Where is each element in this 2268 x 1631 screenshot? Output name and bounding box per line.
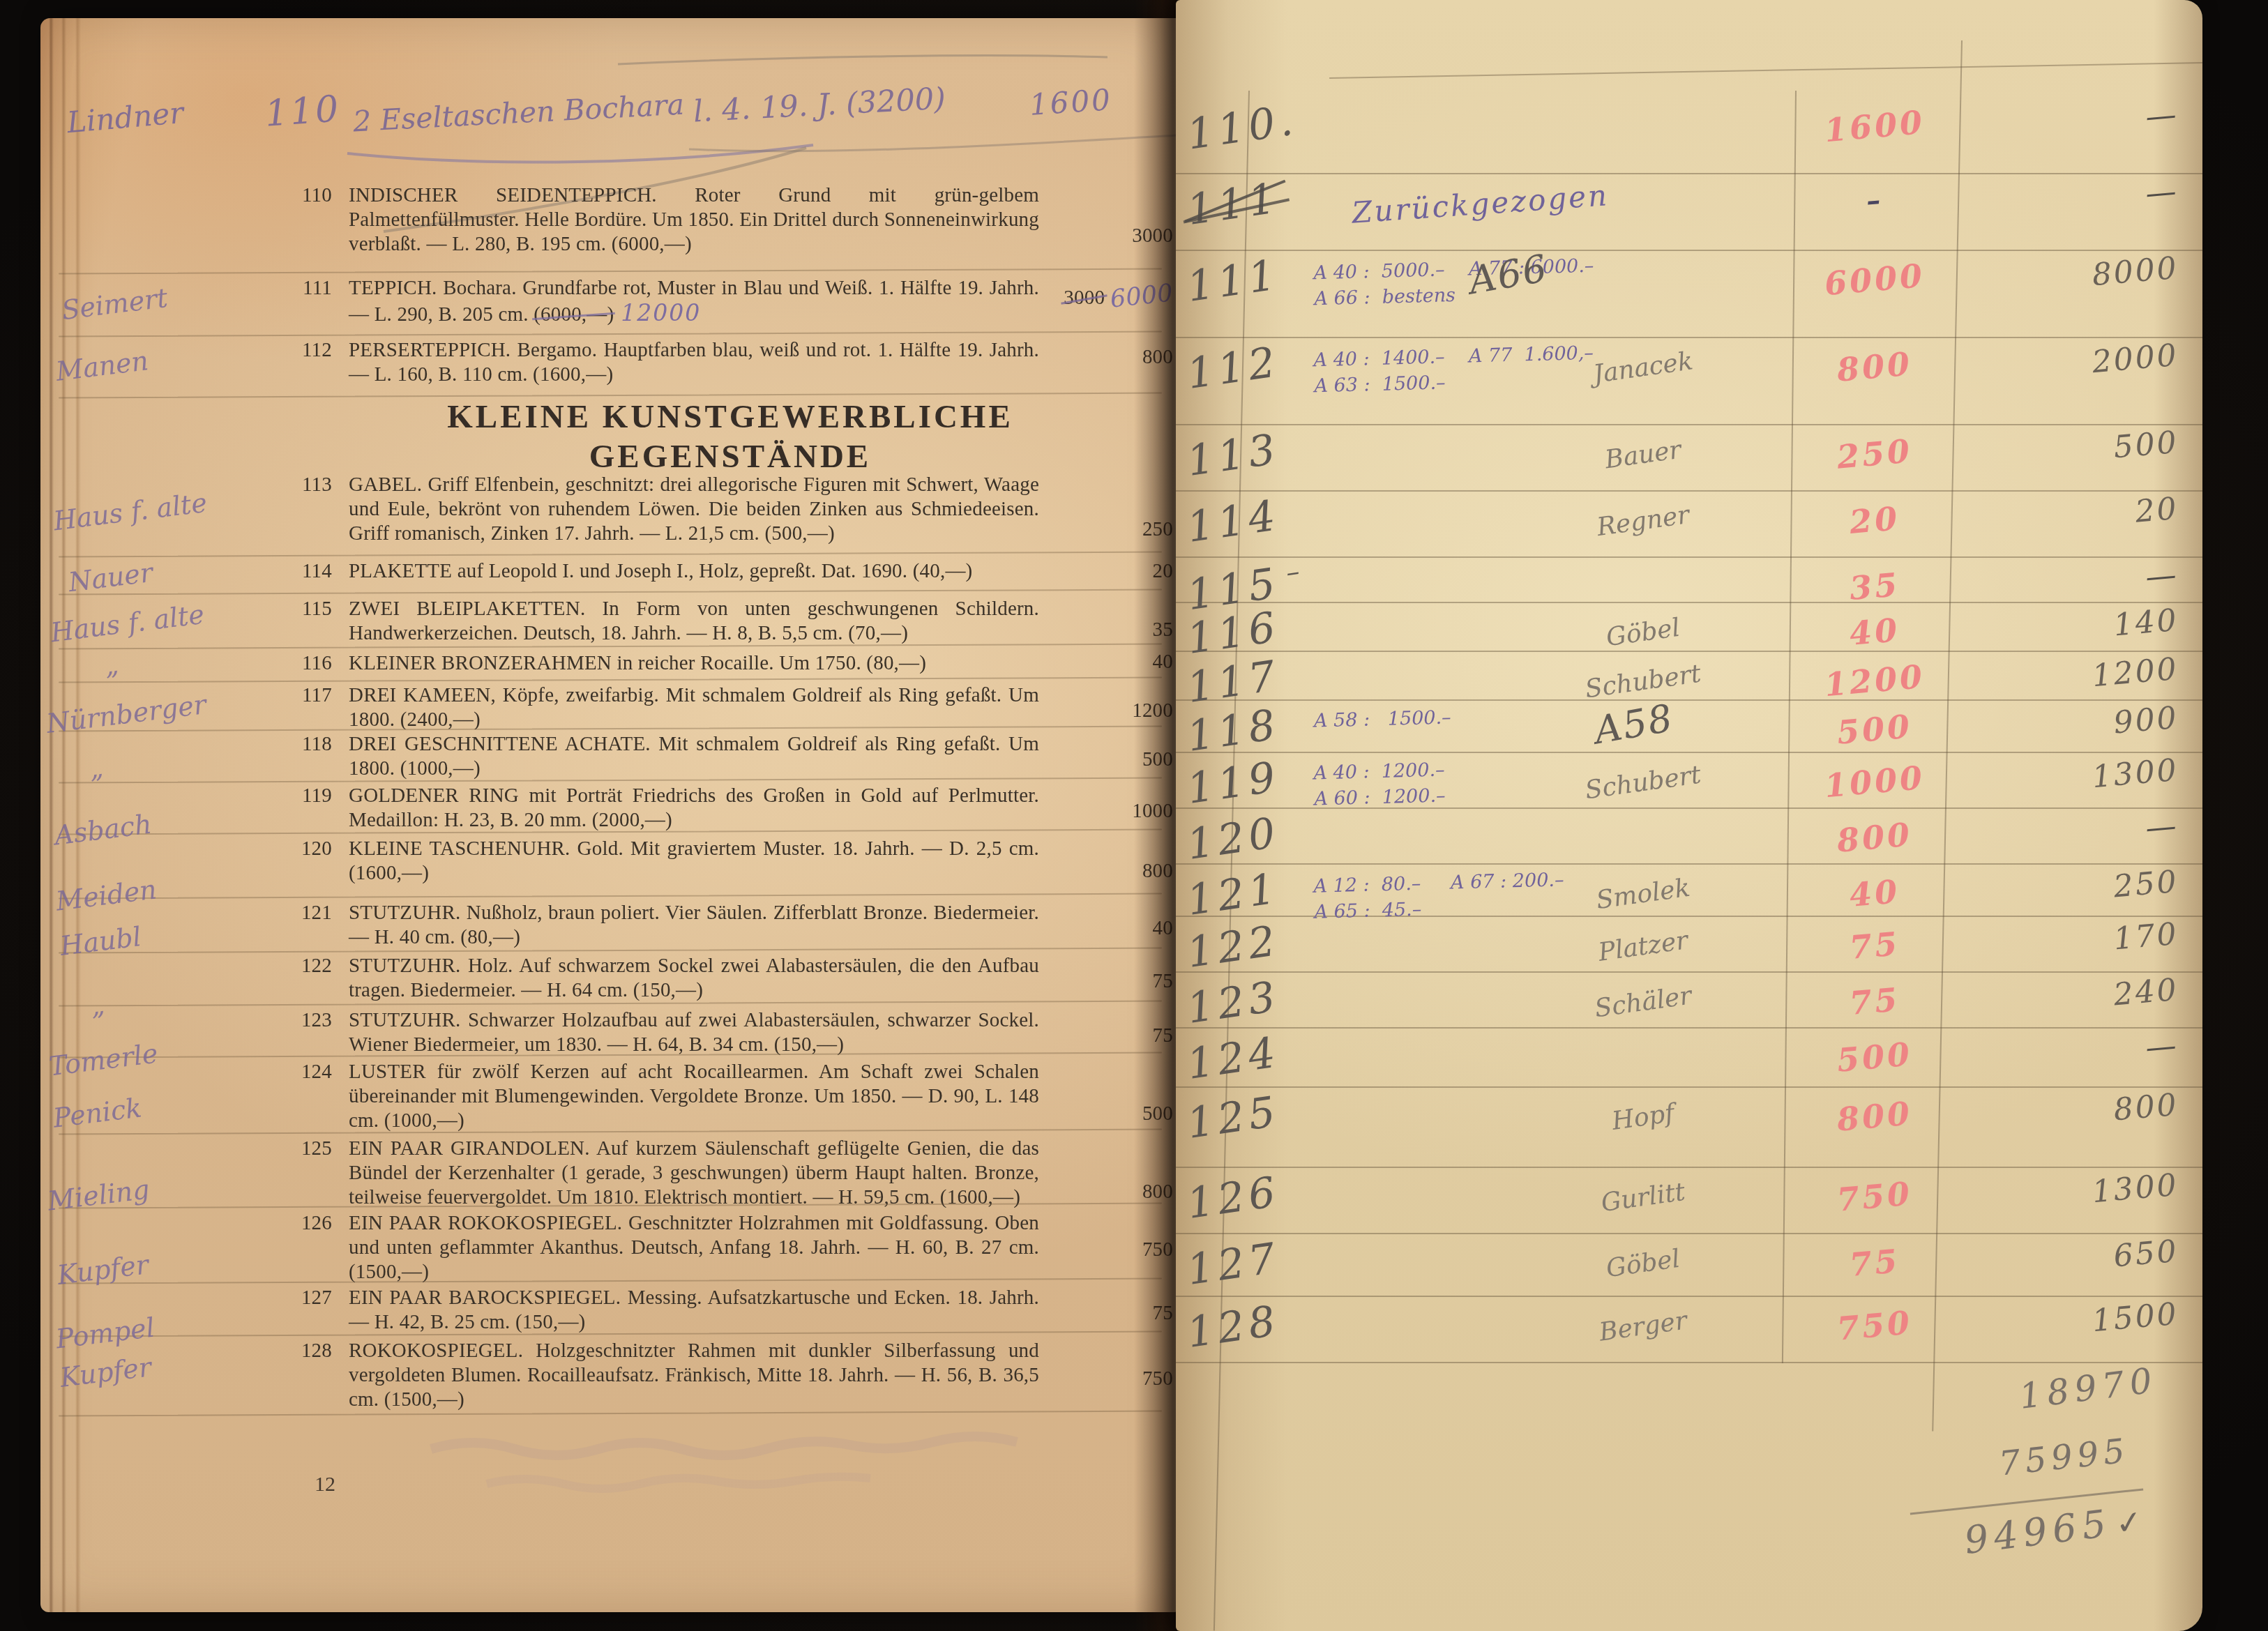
right-ledger-page: 110.1600—111Zurückgezogen–—111A 40 : 500… <box>1176 0 2202 1631</box>
ledger-final-amount: — <box>1961 1028 2179 1082</box>
catalog-entry-115: 115ZWEI BLEIPLAKETTEN. In Form von unten… <box>40 594 1179 647</box>
estimate-price: 500 <box>1142 748 1173 771</box>
estimate-price-box: 250 <box>1041 517 1173 542</box>
estimate-price-box: 40 <box>1041 916 1173 941</box>
entry-description: DREI KAMEEN, Köpfe, zweifarbig. Mit schm… <box>349 684 1039 729</box>
ledger-row-115: 115 –35— <box>1176 558 2202 603</box>
ledger-hammer-price-red: 40 <box>1797 607 1953 658</box>
lot-number-print: 126 <box>273 1211 332 1236</box>
ledger-buyer-name: Gurlitt <box>1524 1167 1762 1229</box>
ledger-hammer-price-red: 1000 <box>1797 757 1953 807</box>
top-annotation-date: l. 4. 19. J. (3200) <box>693 82 946 130</box>
estimate-price: 20 <box>1153 560 1173 582</box>
estimate-price-box: 800 <box>1041 1180 1173 1204</box>
ledger-final-amount: 8000 <box>1961 250 2179 305</box>
estimate-price-box: 75 <box>1041 969 1173 994</box>
lot-number-print: 119 <box>273 784 332 808</box>
ledger-final-amount: 500 <box>1961 425 2179 479</box>
ledger-hammer-price-red: 500 <box>1797 704 1953 755</box>
total-grand-sum-value: 94965 <box>1962 1501 2114 1563</box>
ledger-final-amount: 1300 <box>1961 1167 2179 1222</box>
catalog-entry-114: 114PLAKETTE auf Leopold I. und Joseph I.… <box>40 556 1179 591</box>
catalog-entry-113: 113GABEL. Griff Elfenbein, geschnitzt: d… <box>40 470 1179 554</box>
entry-description: STUTZUHR. Holz. Auf schwarzem Sockel zwe… <box>349 955 1039 1001</box>
ledger-buyer-name: Berger <box>1524 1296 1762 1358</box>
ledger-final-amount: — <box>1961 808 2179 863</box>
ledger-top-rule <box>1329 62 2202 79</box>
entry-description: GOLDENER RING mit Porträt Friedrichs des… <box>349 784 1039 831</box>
ledger-row-128: 128Berger7501500 <box>1176 1297 2202 1363</box>
page-number: 12 <box>315 1473 335 1496</box>
entry-description: TEPPICH. Bochara. Grundfarbe rot, Muster… <box>349 277 1039 326</box>
ledger-lot-number: 121 <box>1184 864 1283 925</box>
entry-description: STUTZUHR. Nußholz, braun poliert. Vier S… <box>349 902 1039 948</box>
estimate-price: 3000 <box>1064 286 1105 310</box>
catalog-entry-124: 124LUSTER für zwölf Kerzen auf acht Roca… <box>40 1057 1179 1134</box>
lot-number-print: 115 <box>273 597 332 621</box>
estimate-price-box: 40 <box>1041 650 1173 674</box>
ledger-hammer-price-red: 75 <box>1797 920 1953 971</box>
lot-number-print: 120 <box>273 837 332 861</box>
catalog-entry-111: 111TEPPICH. Bochara. Grundfarbe rot, Mus… <box>40 273 1179 335</box>
ledger-final-amount: 800 <box>1961 1087 2179 1141</box>
catalog-entry-118: 118DREI GESCHNITTENE ACHATE. Mit schmale… <box>40 729 1179 780</box>
ledger-lot-number: 119 <box>1184 752 1283 814</box>
ledger-row-120: 120800— <box>1176 809 2202 865</box>
ledger-row-125: 125Hopf800800 <box>1176 1088 2202 1168</box>
estimate-price-box: 1000 <box>1041 799 1173 824</box>
ledger-lot-number: 112 <box>1184 337 1283 399</box>
ledger-final-amount: — <box>1961 174 2179 228</box>
catalog-entry-123: 123STUTZUHR. Schwarzer Holzaufbau auf zw… <box>40 1006 1179 1057</box>
ledger-row-110.: 110.1600— <box>1176 98 2202 174</box>
estimate-price-box: 500 <box>1041 1102 1173 1126</box>
estimate-price-box: 75 <box>1041 1024 1173 1048</box>
ledger-hammer-price-red: – <box>1797 178 1952 224</box>
top-annotation-price: 1600 <box>1028 82 1113 122</box>
ledger-hammer-price-red: 40 <box>1797 868 1953 919</box>
ledger-final-amount: — <box>1961 97 2179 151</box>
catalog-entry-126: 126EIN PAAR ROKOKOSPIEGEL. Geschnitzter … <box>40 1208 1179 1283</box>
estimate-price-box: 800 <box>1041 859 1173 883</box>
lot-number-print: 112 <box>273 338 332 363</box>
ledger-buyer-name: Regner <box>1524 491 1762 552</box>
lot-number-print: 118 <box>273 732 332 757</box>
entry-description: ROKOKOSPIEGEL. Holzgeschnitzter Rahmen m… <box>349 1340 1039 1411</box>
estimate-price: 75 <box>1153 1302 1173 1324</box>
estimate-price-box: 3000 <box>1041 224 1173 248</box>
ledger-buyer-name: Schäler <box>1524 972 1762 1033</box>
ledger-lot-number: 118 <box>1184 700 1283 761</box>
estimate-price: 75 <box>1153 1024 1173 1047</box>
ledger-hammer-price-red: 800 <box>1797 1091 1953 1142</box>
ledger-final-amount: 240 <box>1961 972 2179 1026</box>
ledger-row-127: 127Göbel75650 <box>1176 1234 2202 1297</box>
ledger-row-111: 111A 40 : 5000.– A 77 : 6000.– A 66 : be… <box>1176 251 2202 338</box>
handwritten-price: 6000 <box>1110 281 1174 312</box>
estimate-price: 3000 <box>1132 225 1173 247</box>
ledger-bidder-code: A58 <box>1591 696 1677 753</box>
lot-number-print: 110 <box>273 183 332 208</box>
ledger-hammer-price-red: 75 <box>1797 976 1953 1027</box>
ledger-final-amount: 1500 <box>1961 1296 2179 1351</box>
ledger-hammer-price-red: 20 <box>1797 495 1953 546</box>
ledger-buyer-name: Schubert <box>1524 752 1762 814</box>
ledger-lot-number: 120 <box>1184 808 1283 870</box>
entry-description: GABEL. Griff Elfenbein, geschnitzt: drei… <box>349 473 1039 545</box>
top-annotation-name: Lindner <box>66 96 185 139</box>
ledger-final-amount: 250 <box>1961 864 2179 918</box>
ledger-row-123: 123Schäler75240 <box>1176 973 2202 1029</box>
ledger-lot-number: 113 <box>1184 425 1283 486</box>
estimate-price: 1000 <box>1132 800 1173 822</box>
ledger-hammer-price-red: 1600 <box>1797 101 1953 152</box>
ledger-lot-number: 126 <box>1184 1167 1283 1229</box>
ledger-lot-number: 125 <box>1184 1087 1283 1148</box>
checkmark-icon: ✓ <box>2113 1501 2150 1542</box>
ledger-row-122: 122Platzer75170 <box>1176 917 2202 973</box>
estimate-price: 800 <box>1142 346 1173 368</box>
entry-description: EIN PAAR ROKOKOSPIEGEL. Geschnitzter Hol… <box>349 1212 1039 1283</box>
section-title: KLEINE KUNSTGEWERBLICHE GEGENSTÄNDE <box>322 397 1138 477</box>
ledger-row-113: 113Bauer250500 <box>1176 425 2202 492</box>
ledger-row-111: 111Zurückgezogen–— <box>1176 174 2202 251</box>
estimate-price: 800 <box>1142 860 1173 882</box>
ledger-lot-number: 110. <box>1184 96 1300 159</box>
ledger-row-119: 119A 40 : 1200.– A 60 : 1200.–Schubert10… <box>1176 753 2202 809</box>
ledger-hammer-price-red: 750 <box>1797 1171 1953 1222</box>
estimate-price: 40 <box>1153 651 1173 673</box>
top-annotation-lot: 110 <box>264 88 342 135</box>
lot-number-print: 121 <box>273 901 332 925</box>
ledger-final-amount: 1300 <box>1961 752 2179 807</box>
left-page: Lindner 110 2 Eseltaschen Bochara l. 4. … <box>40 18 1179 1612</box>
estimate-price: 75 <box>1153 970 1173 992</box>
section-title-line1: KLEINE KUNSTGEWERBLICHE <box>322 397 1138 437</box>
ledger-final-amount: 20 <box>1961 491 2179 545</box>
estimate-price-box: 800 <box>1041 345 1173 370</box>
estimate-price-box: 75 <box>1041 1301 1173 1326</box>
total-subtotal-1: 18970 <box>2017 1360 2160 1417</box>
ledger-buyer-name: Hopf <box>1524 1087 1762 1148</box>
ledger-bid-notes: A 40 : 5000.– A 77 : 6000.– A 66 : beste… <box>1313 253 1595 312</box>
lot-number-print: 123 <box>273 1008 332 1033</box>
entry-description: EIN PAAR GIRANDOLEN. Auf kurzem Säulensc… <box>349 1137 1039 1208</box>
entry-description: ZWEI BLEIPLAKETTEN. In Form von unten ge… <box>349 598 1039 644</box>
ledger-hammer-price-red: 1200 <box>1797 655 1953 706</box>
top-annotation-text: 2 Eseltaschen Bochara <box>352 88 685 139</box>
ledger-hammer-price-red: 800 <box>1797 342 1953 393</box>
lot-number-print: 128 <box>273 1339 332 1363</box>
entry-description: PERSERTEPPICH. Bergamo. Hauptfarben blau… <box>349 339 1039 386</box>
entry-description: EIN PAAR BAROCKSPIEGEL. Messing. Aufsatz… <box>349 1287 1039 1333</box>
estimate-price: 750 <box>1142 1238 1173 1261</box>
entry-description: STUTZUHR. Schwarzer Holzaufbau auf zwei … <box>349 1009 1039 1056</box>
catalog-entry-125: 125EIN PAAR GIRANDOLEN. Auf kurzem Säule… <box>40 1134 1179 1208</box>
ledger-lot-number: 111 <box>1184 174 1283 235</box>
ledger-lot-number: 111 <box>1184 250 1283 312</box>
ledger-final-amount: 170 <box>1961 916 2179 971</box>
ledger-lot-number: 128 <box>1184 1296 1283 1358</box>
estimate-price-box: 750 <box>1041 1238 1173 1262</box>
ledger-bid-notes: A 40 : 1200.– A 60 : 1200.– <box>1313 757 1446 812</box>
catalog-entry-116: 116KLEINER BRONZERAHMEN in reicher Rocai… <box>40 648 1179 681</box>
lot-number-print: 116 <box>273 651 332 676</box>
ledger-withdrawn-note: Zurückgezogen <box>1351 178 1610 230</box>
ledger-lot-number: 127 <box>1184 1234 1283 1295</box>
catalog-entry-121: 121STUTZUHR. Nußholz, braun poliert. Vie… <box>40 898 1179 951</box>
estimate-price: 250 <box>1142 518 1173 540</box>
estimate-price: 1200 <box>1132 699 1173 722</box>
catalog-entry-122: 122STUTZUHR. Holz. Auf schwarzem Sockel … <box>40 951 1179 1006</box>
catalog-entry-110: 110INDISCHER SEIDENTEPPICH. Roter Grund … <box>40 181 1179 270</box>
ledger-hammer-price-red: 750 <box>1797 1300 1953 1351</box>
estimate-price: 750 <box>1142 1367 1173 1390</box>
lot-number-print: 113 <box>273 473 332 497</box>
entry-description: DREI GESCHNITTENE ACHATE. Mit schmalem G… <box>349 733 1039 780</box>
ledger-hammer-price-red: 6000 <box>1797 255 1953 305</box>
entry-description: KLEINER BRONZERAHMEN in reicher Rocaille… <box>349 652 926 674</box>
entry-description: PLAKETTE auf Leopold I. und Joseph I., H… <box>349 560 972 582</box>
ledger-final-amount: 2000 <box>1961 337 2179 392</box>
entry-description: LUSTER für zwölf Kerzen auf acht Rocaill… <box>349 1061 1039 1132</box>
lot-number-print: 125 <box>273 1137 332 1161</box>
ledger-row-121: 121A 12 : 80.– A 67 : 200.– A 65 : 45.–S… <box>1176 865 2202 917</box>
estimate-price: 500 <box>1142 1102 1173 1125</box>
entry-description: INDISCHER SEIDENTEPPICH. Roter Grund mit… <box>349 184 1039 255</box>
ledger-lot-number: 114 <box>1184 491 1283 552</box>
estimate-price: 40 <box>1153 917 1173 939</box>
catalog-entry-127: 127EIN PAAR BAROCKSPIEGEL. Messing. Aufs… <box>40 1283 1179 1336</box>
ledger-row-126: 126Gurlitt7501300 <box>1176 1168 2202 1234</box>
ledger-hammer-price-red: 250 <box>1797 429 1953 480</box>
ledger-row-112: 112A 40 : 1400.– A 77 1.600,– A 63 : 150… <box>1176 338 2202 425</box>
ledger-lot-number: 123 <box>1184 972 1283 1033</box>
ledger-bid-notes: A 58 : 1500.– <box>1314 704 1452 734</box>
lot-number-print: 117 <box>273 683 332 708</box>
ledger-final-amount: 140 <box>1961 602 2179 657</box>
catalog-entry-119: 119GOLDENER RING mit Porträt Friedrichs … <box>40 781 1179 834</box>
estimate-price-box: 750 <box>1041 1367 1173 1391</box>
catalog-entry-128: 128ROKOKOSPIEGEL. Holzgeschnitzter Rahme… <box>40 1336 1179 1413</box>
estimate-price-box: 500 <box>1041 748 1173 772</box>
entry-description: KLEINE TASCHENUHR. Gold. Mit graviertem … <box>349 837 1039 884</box>
ledger-row-118: 118A 58 : 1500.–A58500900 <box>1176 701 2202 753</box>
struck-limit-price: (6000,—) <box>534 303 614 327</box>
total-subtotal-2: 75995 <box>1997 1431 2132 1483</box>
estimate-price: 35 <box>1153 619 1173 641</box>
catalog-entry-120: 120KLEINE TASCHENUHR. Gold. Mit graviert… <box>40 834 1179 898</box>
ledger-buyer-name: Göbel <box>1524 1234 1762 1295</box>
estimate-price: 800 <box>1142 1181 1173 1203</box>
ledger-buyer-name: Bauer <box>1524 425 1762 486</box>
catalog-entry-112: 112PERSERTEPPICH. Bergamo. Hauptfarben b… <box>40 335 1179 394</box>
lot-number-print: 111 <box>273 276 332 301</box>
lot-dash: – <box>1276 556 1301 589</box>
catalog-entry-117: 117DREI KAMEEN, Köpfe, zweifarbig. Mit s… <box>40 681 1179 729</box>
ledger-hammer-price-red: 500 <box>1797 1032 1953 1083</box>
estimate-price-box: 1200 <box>1041 699 1173 723</box>
ledger-hammer-price-red: 75 <box>1797 1238 1953 1289</box>
lot-number-print: 127 <box>273 1286 332 1310</box>
lot-number-print: 122 <box>273 954 332 978</box>
estimate-price-box: 35 <box>1041 618 1173 642</box>
estimate-price-box: 20 <box>1041 559 1173 584</box>
estimate-price-box: 30006000 <box>1041 285 1173 310</box>
ledger-buyer-name: Platzer <box>1524 916 1762 978</box>
ledger-row-114: 114Regner2020 <box>1176 492 2202 558</box>
ledger-final-amount: 650 <box>1961 1234 2179 1288</box>
ledger-row-124: 124500— <box>1176 1029 2202 1088</box>
ledger-lot-number: 122 <box>1184 916 1283 978</box>
ledger-hammer-price-red: 800 <box>1797 812 1953 863</box>
lot-number-print: 124 <box>273 1060 332 1084</box>
ledger-row-117: 117Schubert12001200 <box>1176 652 2202 701</box>
ledger-row-116: 116Göbel40140 <box>1176 603 2202 652</box>
ledger-final-amount: 900 <box>1961 700 2179 754</box>
ledger-lot-number: 124 <box>1184 1028 1283 1089</box>
catalog-scan-screen: Lindner 110 2 Eseltaschen Bochara l. 4. … <box>0 0 2268 1631</box>
lot-number-print: 114 <box>273 559 332 584</box>
handwritten-correction: 12000 <box>621 299 701 326</box>
ledger-final-amount: 1200 <box>1961 651 2179 706</box>
